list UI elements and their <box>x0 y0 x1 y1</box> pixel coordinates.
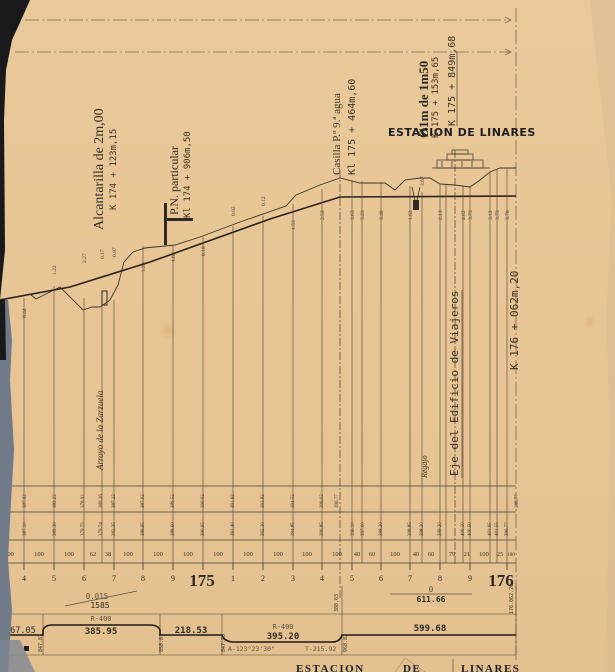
hectometer-ticks <box>24 563 507 570</box>
distance-row: 100 100 100 62 38 100 100 100 100 100 10… <box>4 551 515 558</box>
culvert-annotation: Alcantarilla de 2m,00 K 174 + 123m,15 <box>92 108 119 230</box>
svg-text:4.62: 4.62 <box>461 210 467 220</box>
svg-text:3.73: 3.73 <box>468 210 474 220</box>
svg-text:60: 60 <box>369 551 376 558</box>
svg-text:100: 100 <box>213 551 223 558</box>
culvert-title: Alcantarilla de 2m,00 <box>92 108 107 230</box>
svg-text:396.02: 396.02 <box>320 494 325 508</box>
svg-text:4: 4 <box>22 574 26 583</box>
grade-elevation-row: 387.10 389.30 379.75 379.74 382.35 386.6… <box>23 522 510 536</box>
svg-text:4: 4 <box>320 574 324 583</box>
svg-text:5: 5 <box>350 574 354 583</box>
svg-text:401.65: 401.65 <box>488 522 493 536</box>
svg-text:3.63: 3.63 <box>350 210 356 220</box>
svg-text:599.68: 599.68 <box>414 624 447 634</box>
svg-text:100: 100 <box>390 551 400 558</box>
svg-text:395.20: 395.20 <box>267 632 300 642</box>
svg-text:393.82: 393.82 <box>261 494 266 508</box>
svg-text:40: 40 <box>413 551 420 558</box>
ground-elevation-row: 387.02 382.22 378.92 380.36 387.22 387.0… <box>23 494 520 508</box>
svg-text:0: 0 <box>429 585 434 594</box>
svg-text:1.68: 1.68 <box>171 252 177 262</box>
svg-text:38: 38 <box>105 551 112 558</box>
svg-text:5: 5 <box>52 574 56 583</box>
svg-text:388.63: 388.63 <box>334 594 340 612</box>
svg-text:6: 6 <box>379 574 383 583</box>
hectometer-labels: 4 5 6 7 8 9 1 2 3 4 5 6 7 8 9 <box>22 574 472 583</box>
svg-text:400.50: 400.50 <box>468 522 473 536</box>
drain-pipe-icon <box>413 200 419 210</box>
svg-text:100: 100 <box>302 551 312 558</box>
crossing-flag-icon <box>164 218 193 221</box>
datum-arrows <box>505 17 511 55</box>
svg-text:100: 100 <box>332 551 342 558</box>
svg-text:390.02: 390.02 <box>201 494 206 508</box>
svg-text:385.95: 385.95 <box>85 627 118 637</box>
svg-text:2: 2 <box>261 574 265 583</box>
ink-blot <box>24 646 29 651</box>
station-title: ESTACION DE LINARES <box>388 126 536 139</box>
svg-text:9: 9 <box>171 574 175 583</box>
station-building-icon <box>432 150 490 168</box>
bridge-annotation: Ø1m de 1m50 K 175 + 153m,65 K 175 + 849m… <box>416 36 458 138</box>
svg-text:398.20: 398.20 <box>379 522 384 536</box>
svg-text:389.60: 389.60 <box>171 522 176 536</box>
svg-text:21: 21 <box>464 551 471 558</box>
crossing-title: P.N. particular <box>167 146 181 215</box>
svg-text:1.62: 1.62 <box>408 210 414 220</box>
svg-text:176.062.20: 176.062.20 <box>509 584 515 614</box>
svg-text:40: 40 <box>354 551 361 558</box>
svg-text:25: 25 <box>497 551 504 558</box>
svg-text:1585: 1585 <box>90 601 109 610</box>
svg-text:391.62: 391.62 <box>231 494 236 508</box>
svg-text:0.015: 0.015 <box>86 592 109 601</box>
svg-text:387.10: 387.10 <box>23 522 28 536</box>
svg-text:392.30: 392.30 <box>261 522 266 536</box>
svg-text:1.22: 1.22 <box>52 265 58 275</box>
svg-text:396.77: 396.77 <box>335 494 340 508</box>
svg-text:378.92: 378.92 <box>81 494 86 508</box>
paper-sheet: 0.44 1.22 2.27 0.17 0.87 1.26 1.68 0.18 … <box>0 0 615 672</box>
svg-text:0.87: 0.87 <box>112 247 118 257</box>
crossing-km: Kl 174 + 906m,50 <box>183 131 193 218</box>
svg-text:389.30: 389.30 <box>53 522 58 536</box>
svg-text:847.87: 847.87 <box>38 634 44 652</box>
svg-text:390.65: 390.65 <box>201 522 206 536</box>
svg-text:3.73: 3.73 <box>495 210 501 220</box>
svg-text:218.53: 218.53 <box>175 626 208 636</box>
crossing-post-icon <box>164 203 167 245</box>
svg-text:3.23: 3.23 <box>360 210 366 220</box>
svg-text:R-400: R-400 <box>272 623 293 631</box>
svg-text:T-215.92: T-215.92 <box>305 645 336 653</box>
paper-stain <box>158 320 178 340</box>
svg-text:100: 100 <box>183 551 193 558</box>
hut-annotation: Casilla P.º 9.ª agua Kl 175 + 464m,60 <box>331 79 358 175</box>
svg-text:167.05: 167.05 <box>5 626 36 636</box>
svg-text:398.20: 398.20 <box>420 522 425 536</box>
svg-text:3.78: 3.78 <box>505 210 511 220</box>
level-crossing-annotation: P.N. particular Kl 174 + 906m,50 <box>164 131 193 245</box>
svg-text:394.52: 394.52 <box>291 494 296 508</box>
svg-text:387.02: 387.02 <box>141 494 146 508</box>
end-km-label: K 176 + 062m,20 <box>508 271 521 370</box>
svg-text:6: 6 <box>82 574 86 583</box>
svg-text:3.67: 3.67 <box>420 176 426 186</box>
svg-text:0.12: 0.12 <box>261 196 267 206</box>
svg-text:396.77: 396.77 <box>505 522 510 536</box>
svg-text:60: 60 <box>428 551 435 558</box>
svg-text:858.81: 858.81 <box>159 634 165 652</box>
alignment-section: 167.05 R-400 385.95 218.53 R-400 395.20 … <box>0 614 516 655</box>
svg-text:401.55: 401.55 <box>495 522 500 536</box>
svg-text:387.02: 387.02 <box>23 494 28 508</box>
svg-text:8: 8 <box>438 574 442 583</box>
svg-text:611.66: 611.66 <box>417 595 446 604</box>
svg-text:400.10: 400.10 <box>461 522 466 536</box>
svg-text:386.65: 386.65 <box>141 522 146 536</box>
svg-text:380.36: 380.36 <box>99 494 104 508</box>
svg-text:1: 1 <box>231 574 235 583</box>
svg-text:396.10: 396.10 <box>351 522 356 536</box>
stream-label: Arroyo de la Zarzuela <box>95 390 105 471</box>
svg-text:379.74: 379.74 <box>99 522 104 536</box>
svg-text:387.22: 387.22 <box>112 494 117 508</box>
svg-text:100: 100 <box>507 553 515 558</box>
svg-text:1.26: 1.26 <box>141 262 147 272</box>
hut-title: Casilla P.º 9.ª agua <box>331 93 343 175</box>
km-175-label: 175 <box>189 571 215 590</box>
svg-text:100: 100 <box>34 551 44 558</box>
gradient-section: 0.015 1585 0 611.66 388.63 176.062.20 <box>65 584 516 615</box>
building-axis-label: Eje del Edificio de Viajeros <box>448 291 461 476</box>
svg-text:62: 62 <box>90 551 97 558</box>
svg-text:1.53: 1.53 <box>291 220 297 230</box>
svg-text:394.85: 394.85 <box>291 522 296 536</box>
culvert-km: K 174 + 123m,15 <box>109 129 119 210</box>
svg-text:847.98: 847.98 <box>221 634 227 652</box>
station-axis-km: K 175 + 849m,68 <box>447 36 458 126</box>
svg-text:2.53: 2.53 <box>320 210 326 220</box>
svg-text:389.52: 389.52 <box>171 494 176 508</box>
svg-text:100: 100 <box>4 551 14 558</box>
svg-text:0.18: 0.18 <box>201 246 207 256</box>
svg-text:100: 100 <box>479 551 489 558</box>
svg-text:397.00: 397.00 <box>361 522 366 536</box>
svg-text:382.35: 382.35 <box>112 522 117 536</box>
svg-text:100: 100 <box>123 551 133 558</box>
svg-text:8: 8 <box>141 574 145 583</box>
svg-text:396.85: 396.85 <box>320 522 325 536</box>
svg-text:388.77: 388.77 <box>515 494 520 508</box>
svg-text:100: 100 <box>243 551 253 558</box>
ground-profile-line <box>0 168 516 310</box>
svg-text:7: 7 <box>408 574 412 583</box>
drain-label: Regajo <box>420 455 429 479</box>
svg-text:79: 79 <box>449 551 456 558</box>
hut-km: Kl 175 + 464m,60 <box>347 79 358 175</box>
paper-stain <box>583 315 597 329</box>
svg-text:0.82: 0.82 <box>231 206 237 216</box>
svg-text:3.12: 3.12 <box>488 210 494 220</box>
svg-text:3: 3 <box>291 574 295 583</box>
svg-text:7: 7 <box>112 574 116 583</box>
svg-text:9: 9 <box>468 574 472 583</box>
svg-text:968.82: 968.82 <box>343 634 349 652</box>
svg-text:R-400: R-400 <box>90 615 111 623</box>
svg-text:382.22: 382.22 <box>53 494 58 508</box>
svg-text:2.13: 2.13 <box>438 210 444 220</box>
svg-text:ESTACION: ESTACION <box>296 663 365 672</box>
svg-text:LINARES: LINARES <box>461 663 520 672</box>
svg-text:100: 100 <box>273 551 283 558</box>
svg-text:0.44: 0.44 <box>22 308 28 318</box>
svg-text:2.27: 2.27 <box>82 253 88 263</box>
profile-drawing: 0.44 1.22 2.27 0.17 0.87 1.26 1.68 0.18 … <box>0 0 615 672</box>
svg-text:379.75: 379.75 <box>81 522 86 536</box>
svg-text:3.48: 3.48 <box>379 210 385 220</box>
svg-text:398.85: 398.85 <box>408 522 413 536</box>
svg-text:100: 100 <box>153 551 163 558</box>
svg-text:A-123°23'30": A-123°23'30" <box>228 645 275 653</box>
svg-text:399.20: 399.20 <box>438 522 443 536</box>
svg-text:0.17: 0.17 <box>100 249 106 259</box>
svg-text:100: 100 <box>64 551 74 558</box>
footer-station-label: ESTACION DE LINARES <box>296 663 520 672</box>
svg-text:391.40: 391.40 <box>231 522 236 536</box>
